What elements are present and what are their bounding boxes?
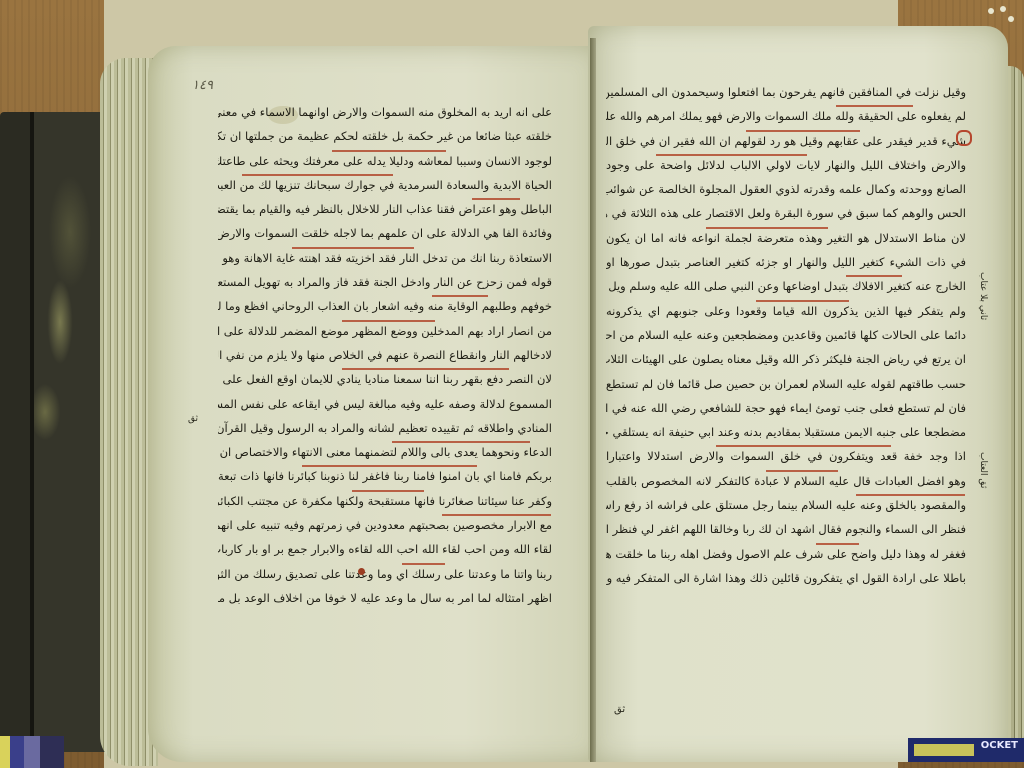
rubric-overline <box>402 563 445 565</box>
rubric-overline <box>856 494 965 496</box>
manuscript-line: باطلا على ارادة القول اي يتفكرون قائلين … <box>606 566 966 590</box>
manuscript-line: لم يفعلوه على الحقيقة ولله ملك السموات و… <box>606 104 966 128</box>
manuscript-line: فغفر له وهذا دليل واضح على شرف علم الاصو… <box>606 542 966 566</box>
manuscript-line: الحياة الابدية والسعادة السرمدية في جوار… <box>218 173 552 197</box>
manuscript-line: الصانع ووحدته وكمال علمه وقدرته لذوي الع… <box>606 177 966 201</box>
rubric-overline <box>706 227 828 229</box>
book-cover-label: OCKET <box>981 740 1018 751</box>
rubric-overline <box>352 490 424 492</box>
manuscript-line: مع الابرار مخصوصين بصحبتهم معدودين في زم… <box>218 513 552 537</box>
open-manuscript: ١٤٩ ثق على انه اريد به المخلوق منه السمو… <box>100 26 1024 766</box>
books-below-left <box>0 736 64 768</box>
cover-spine-edge <box>30 112 34 752</box>
manuscript-line: اذا وجد خفة قعد ويتفكرون في خلق السموات … <box>606 444 966 468</box>
rubric-overline <box>332 150 446 152</box>
folio-number: ١٤٩ <box>192 78 213 93</box>
red-ink-dot <box>358 568 365 575</box>
rubric-overline <box>766 470 838 472</box>
manuscript-line: الحس والوهم كما سبق في سورة البقرة ولعل … <box>606 201 966 225</box>
manuscript-line: والمقصود بالخلق وعنه عليه السلام بينما ر… <box>606 493 966 517</box>
right-page-text: وقيل نزلت في المنافقين فانهم يفرحون بما … <box>606 80 966 590</box>
left-margin-note: ثق <box>188 414 198 424</box>
manuscript-line: الدعاء ونحوهما يعدى بالى واللام لتضمنهما… <box>218 440 552 464</box>
manuscript-line: اظهر امتثاله لما امر به سال ما وعد عليه … <box>218 586 552 610</box>
rubric-overline <box>242 174 393 176</box>
rubric-overline <box>472 198 520 200</box>
manuscript-line: المسموع لدلالة وصفه عليه وفيه مبالغة ليس… <box>218 392 552 416</box>
right-margin-note-2: ثق العتاب <box>978 452 988 488</box>
manuscript-line: ربنا واتنا ما وعدتنا على رسلك اي وما وعد… <box>218 562 552 586</box>
manuscript-line: والارض واختلاف الليل والنهار لايات لاولي… <box>606 153 966 177</box>
manuscript-line: في ذات الشيء كتغير الليل والنهار او جزئه… <box>606 250 966 274</box>
manuscript-line: لقاء الله ومن احب لقاء الله احب الله لقا… <box>218 537 552 561</box>
manuscript-line: ولم يتفكر فيها الذين يذكرون الله قياما و… <box>606 299 966 323</box>
left-page-text: على انه اريد به المخلوق منه السموات والا… <box>218 100 552 610</box>
rubric-overline <box>432 295 488 297</box>
gutter <box>590 38 596 762</box>
manuscript-line: لادخالهم النار وانقطاع النصرة عنهم في ال… <box>218 343 552 367</box>
book-below-right: OCKET <box>908 738 1024 762</box>
manuscript-line: وهو افضل العبادات قال عليه السلام لا عبا… <box>606 469 966 493</box>
manuscript-line: شيء قدير فيقدر على عقابهم وقيل هو رد لقو… <box>606 129 966 153</box>
manuscript-line: لان مناط الاستدلال هو التغير وهذه متعرضة… <box>606 226 966 250</box>
right-margin-note-1: ثاني بلا عتاب <box>978 272 988 320</box>
red-seal-mark <box>956 130 972 146</box>
manuscript-line: وفائدة الفا هي الدلالة على ان علمهم بما … <box>218 221 552 245</box>
table-decoration <box>988 6 1018 28</box>
rubric-overline <box>342 320 435 322</box>
catchword: ثق <box>614 704 625 715</box>
manuscript-line: لان النصر دفع بقهر ربنا اننا سمعنا منادي… <box>218 367 552 391</box>
manuscript-line: بربكم فامنا اي بان امنوا فامنا ربنا فاغف… <box>218 464 552 488</box>
rubric-overline <box>716 445 891 447</box>
manuscript-line: خلقته عبثا ضائعا من غير حكمة بل خلقته لح… <box>218 124 552 148</box>
rubric-overline <box>816 543 859 545</box>
manuscript-line: وكفر عنا سيئاتنا صغائرنا فانها مستقبحة و… <box>218 489 552 513</box>
manuscript-line: مضطجعا على جنبه الايمن مستقبلا بمقاديم ب… <box>606 420 966 444</box>
rubric-overline <box>302 465 477 467</box>
rubric-overline <box>392 441 530 443</box>
manuscript-line: خوفهم وطلبهم الوقاية منه وفيه اشعار بان … <box>218 294 552 318</box>
rubric-overline <box>756 300 849 302</box>
rubric-overline <box>846 275 902 277</box>
manuscript-line: المنادي واطلاقه ثم تقييده تعظيم لشانه وا… <box>218 416 552 440</box>
book-cover-graphic <box>914 744 974 756</box>
manuscript-line: دائما على الحالات كلها قائمين وقاعدين وم… <box>606 323 966 347</box>
manuscript-line: لوجود الانسان وسببا لمعاشه ودليلا يدله ع… <box>218 149 552 173</box>
manuscript-line: حسب طاقتهم لقوله عليه السلام لعمران بن ح… <box>606 372 966 396</box>
manuscript-line: وقيل نزلت في المنافقين فانهم يفرحون بما … <box>606 80 966 104</box>
manuscript-line: الاستعاذة ربنا انك من تدخل النار فقد اخز… <box>218 246 552 270</box>
rubric-overline <box>836 105 913 107</box>
manuscript-line: على انه اريد به المخلوق منه السموات والا… <box>218 100 552 124</box>
manuscript-line: ان يرتع في رياض الجنة فليكثر ذكر الله وق… <box>606 347 966 371</box>
manuscript-line: قوله فمن زحزح عن النار وادخل الجنة فقد ف… <box>218 270 552 294</box>
manuscript-line: الخارج عنه كتغير الافلاك بتبدل اوضاعها و… <box>606 274 966 298</box>
rubric-overline <box>292 247 414 249</box>
rubric-overline <box>342 368 509 370</box>
manuscript-line: من انصار اراد بهم المدخلين ووضع المظهر م… <box>218 319 552 343</box>
manuscript-line: فنظر الى السماء والنجوم فقال اشهد ان لك … <box>606 517 966 541</box>
manuscript-line: الباطل وهو اعتراض فقنا عذاب النار للاخلا… <box>218 197 552 221</box>
rubric-overline <box>442 514 551 516</box>
rubric-overline <box>746 130 860 132</box>
rubric-overline <box>656 154 807 156</box>
manuscript-line: فان لم تستطع فعلى جنب تومئ ايماء فهو حجة… <box>606 396 966 420</box>
